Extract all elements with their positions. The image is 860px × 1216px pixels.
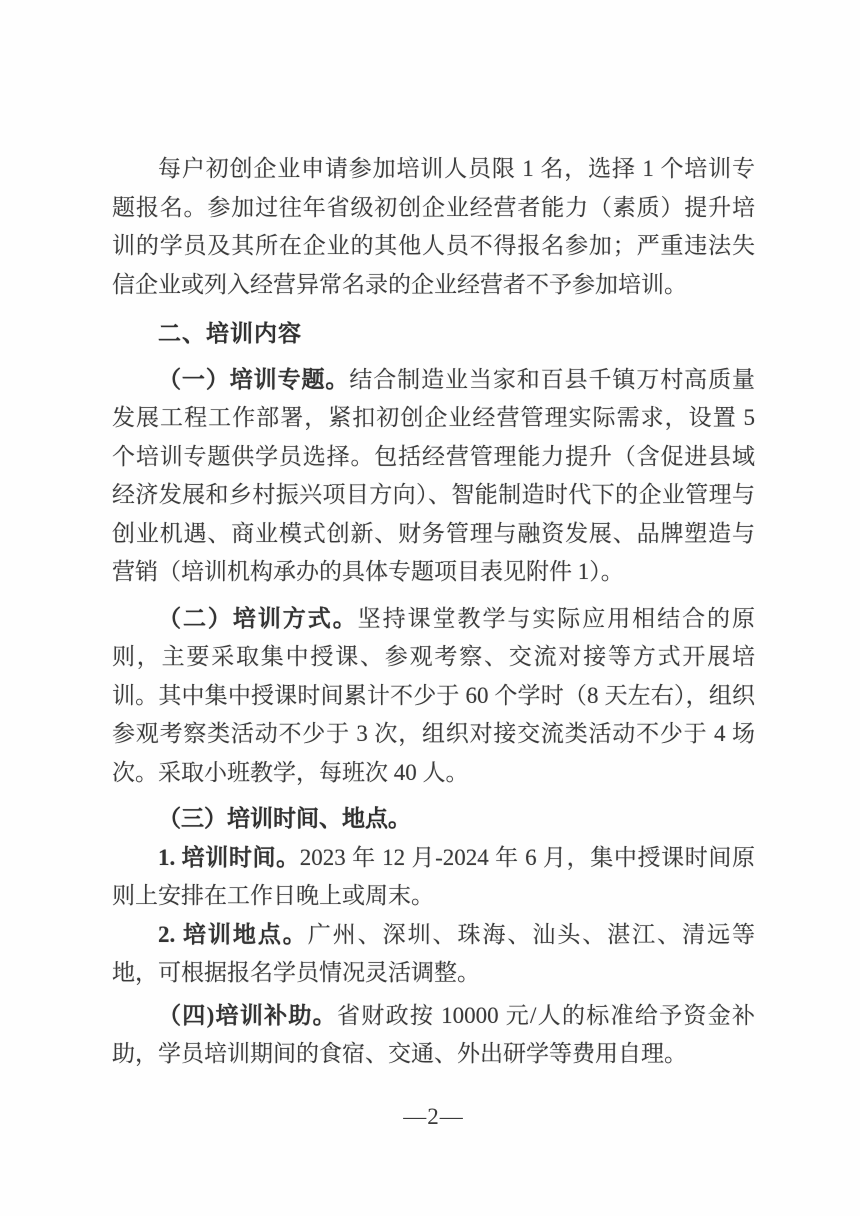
paragraph-training-time: 1. 培训时间。2023 年 12 月-2024 年 6 月，集中授课时间原则上… bbox=[112, 839, 755, 916]
page-number: —2— bbox=[112, 1104, 755, 1130]
document-page: 每户初创企业申请参加培训人员限 1 名，选择 1 个培训专题报名。参加过往年省级… bbox=[0, 0, 860, 1216]
heading-text: 二、培训内容 bbox=[158, 320, 302, 346]
section-heading-training-content: 二、培训内容 bbox=[112, 314, 755, 353]
paragraph-text: 结合制造业当家和百县千镇万村高质量发展工程工作部署，紧扣初创企业经营管理实际需求… bbox=[112, 367, 755, 585]
section-heading-time-place: （三）培训时间、地点。 bbox=[112, 800, 755, 839]
paragraph-eligibility: 每户初创企业申请参加培训人员限 1 名，选择 1 个培训专题报名。参加过往年省级… bbox=[112, 150, 755, 304]
paragraph-training-place: 2. 培训地点。广州、深圳、珠海、汕头、湛江、清远等地，可根据报名学员情况灵活调… bbox=[112, 916, 755, 993]
paragraph-lead: （四)培训补助。 bbox=[158, 1003, 337, 1028]
paragraph-text: 每户初创企业申请参加培训人员限 1 名，选择 1 个培训专题报名。参加过往年省级… bbox=[112, 156, 755, 297]
document-body: 每户初创企业申请参加培训人员限 1 名，选择 1 个培训专题报名。参加过往年省级… bbox=[112, 150, 755, 1074]
heading-text: （三）培训时间、地点。 bbox=[158, 806, 411, 831]
paragraph-lead: 2. 培训地点。 bbox=[158, 922, 308, 947]
paragraph-lead: （二）培训方式。 bbox=[158, 606, 358, 631]
paragraph-training-method: （二）培训方式。坚持课堂教学与实际应用相结合的原则，主要采取集中授课、参观考察、… bbox=[112, 600, 755, 793]
paragraph-lead: （一）培训专题。 bbox=[158, 367, 349, 392]
paragraph-training-subsidy: （四)培训补助。省财政按 10000 元/人的标准给予资金补助，学员培训期间的食… bbox=[112, 997, 755, 1074]
paragraph-text: 坚持课堂教学与实际应用相结合的原则，主要采取集中授课、参观考察、交流对接等方式开… bbox=[112, 606, 755, 785]
paragraph-lead: 1. 培训时间。 bbox=[158, 845, 300, 870]
paragraph-training-topic: （一）培训专题。结合制造业当家和百县千镇万村高质量发展工程工作部署，紧扣初创企业… bbox=[112, 361, 755, 592]
